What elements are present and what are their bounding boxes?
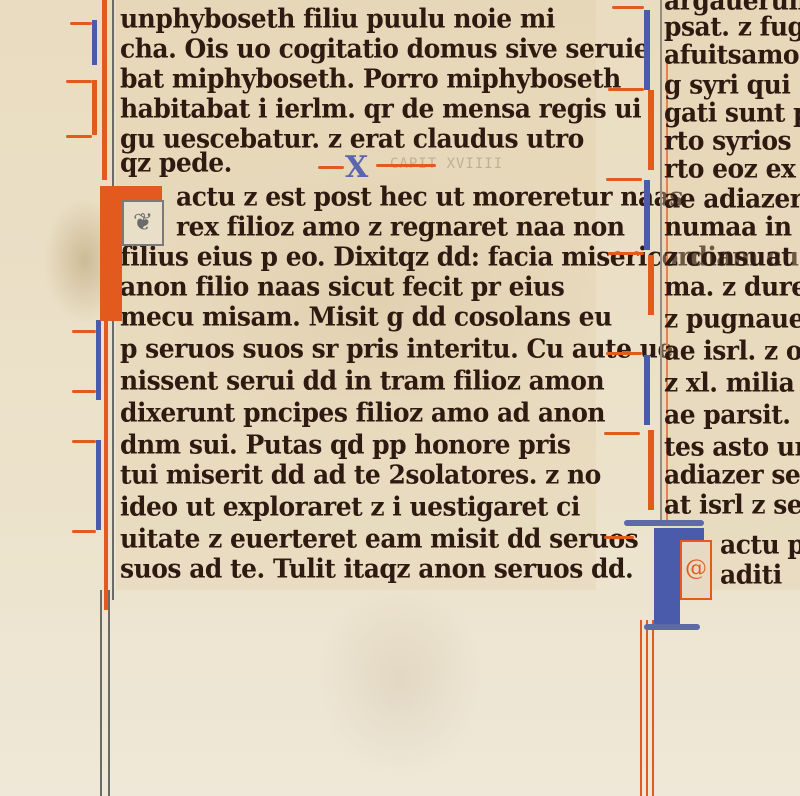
right-flourish [604, 432, 640, 435]
text-line: adiazer se [664, 459, 800, 489]
text-line: tes asto uni [664, 431, 800, 461]
right-red-rule-3 [648, 430, 654, 510]
right-tail-2 [646, 620, 648, 796]
text-line: unphyboseth filiu puulu noie mi [120, 3, 555, 33]
initial-stem [100, 186, 122, 321]
text-line: ideo ut exploraret z i uestigaret ci [120, 491, 580, 521]
left-blue-rule-3 [96, 440, 101, 530]
text-line: g syri qui [664, 69, 790, 99]
chapter-marker: X [345, 150, 368, 185]
text-line: bat miphyboseth. Porro miphyboseth [120, 63, 621, 93]
left-flourish [72, 330, 96, 333]
text-line: actu p [720, 529, 800, 559]
right-flourish [608, 252, 644, 255]
initial-base-bar [644, 624, 700, 630]
marker-flourish [318, 166, 344, 169]
text-line: numaa in [664, 211, 792, 241]
text-line: cha. Ois uo cogitatio domus sive seruie [120, 33, 649, 63]
left-blue-rule-2 [96, 320, 101, 400]
initial-spiral-icon [680, 540, 712, 600]
right-flourish [612, 6, 644, 9]
text-line: anon filio naas sicut fecit pr eius [120, 271, 564, 301]
text-line: z pugnaue [664, 303, 800, 333]
text-line: dixerunt pncipes filioz amo ad anon [120, 397, 605, 427]
right-tail [640, 620, 642, 796]
left-flourish [72, 530, 96, 533]
text-line: suos ad te. Tulit itaqz anon seruos dd. [120, 553, 633, 583]
text-line: z consuat [664, 241, 792, 271]
text-line: uitate z euerteret eam misit dd seruos [120, 523, 638, 553]
text-line: habitabat i ierlm. qr de mensa regis ui [120, 93, 641, 123]
text-line: actu z est post hec ut moreretur naas [176, 181, 683, 211]
right-blue-rule [644, 10, 650, 90]
text-line: aditi [720, 559, 782, 589]
text-line: ae parsit. [664, 399, 790, 429]
right-blue-rule-3 [644, 355, 650, 425]
right-flourish [606, 352, 642, 355]
text-line: rex filioz amo z regnaret naa non [176, 211, 625, 241]
text-line: rto syrios [664, 125, 791, 155]
initial-arm [100, 186, 162, 200]
text-line: ae adiazer [664, 183, 800, 213]
text-line: tui miserit dd ad te 2solatores. z no [120, 459, 601, 489]
text-line: mecu misam. Misit g dd cosolans eu [120, 301, 612, 331]
illuminated-initial-f-red [92, 182, 164, 282]
initial-infill-icon [122, 200, 164, 246]
text-line: rto eoz ex [664, 153, 795, 183]
right-blue-rule-2 [644, 180, 650, 250]
text-line: at isrl z se [664, 489, 800, 519]
text-line: ma. z dure [664, 271, 800, 301]
right-flourish [606, 178, 642, 181]
text-line: dnm sui. Putas qd pp honore pris [120, 429, 571, 459]
left-red-rule-3 [104, 290, 108, 610]
left-penwork-tail [100, 590, 102, 796]
text-line: psat. z fugi [664, 11, 800, 41]
right-red-rule-2 [648, 255, 654, 315]
left-flourish [66, 135, 92, 138]
text-line: qz pede. [120, 147, 232, 177]
text-line: ae isrl. z o [664, 335, 800, 365]
text-line: gati sunt p [664, 97, 800, 127]
initial-arm [654, 528, 704, 540]
right-tail-3 [652, 620, 654, 796]
illuminated-initial-f-blue [624, 520, 704, 630]
left-blue-rule [92, 20, 97, 65]
text-line: p seruos suos sr pris interitu. Cu aute … [120, 333, 673, 363]
left-red-rule-2 [92, 80, 97, 135]
text-column-b: argauerunt psat. z fugi afuitsamo g syri… [660, 0, 800, 590]
text-column-a: unphyboseth filiu puulu noie mi cha. Ois… [116, 0, 596, 590]
text-line: z xl. milia [664, 367, 794, 397]
left-red-rule [102, 0, 107, 180]
right-flourish [608, 88, 644, 91]
right-red-rule [648, 90, 654, 170]
text-line: nissent serui dd in tram filioz amon [120, 365, 604, 395]
left-flourish [72, 390, 96, 393]
initial-top-bar [624, 520, 704, 526]
marker-flourish [376, 164, 436, 167]
left-flourish [66, 80, 92, 83]
text-line: afuitsamo [664, 39, 799, 69]
left-flourish [72, 440, 96, 443]
initial-stem [654, 528, 680, 630]
left-penwork-tail-2 [108, 590, 110, 796]
left-flourish [70, 22, 92, 25]
